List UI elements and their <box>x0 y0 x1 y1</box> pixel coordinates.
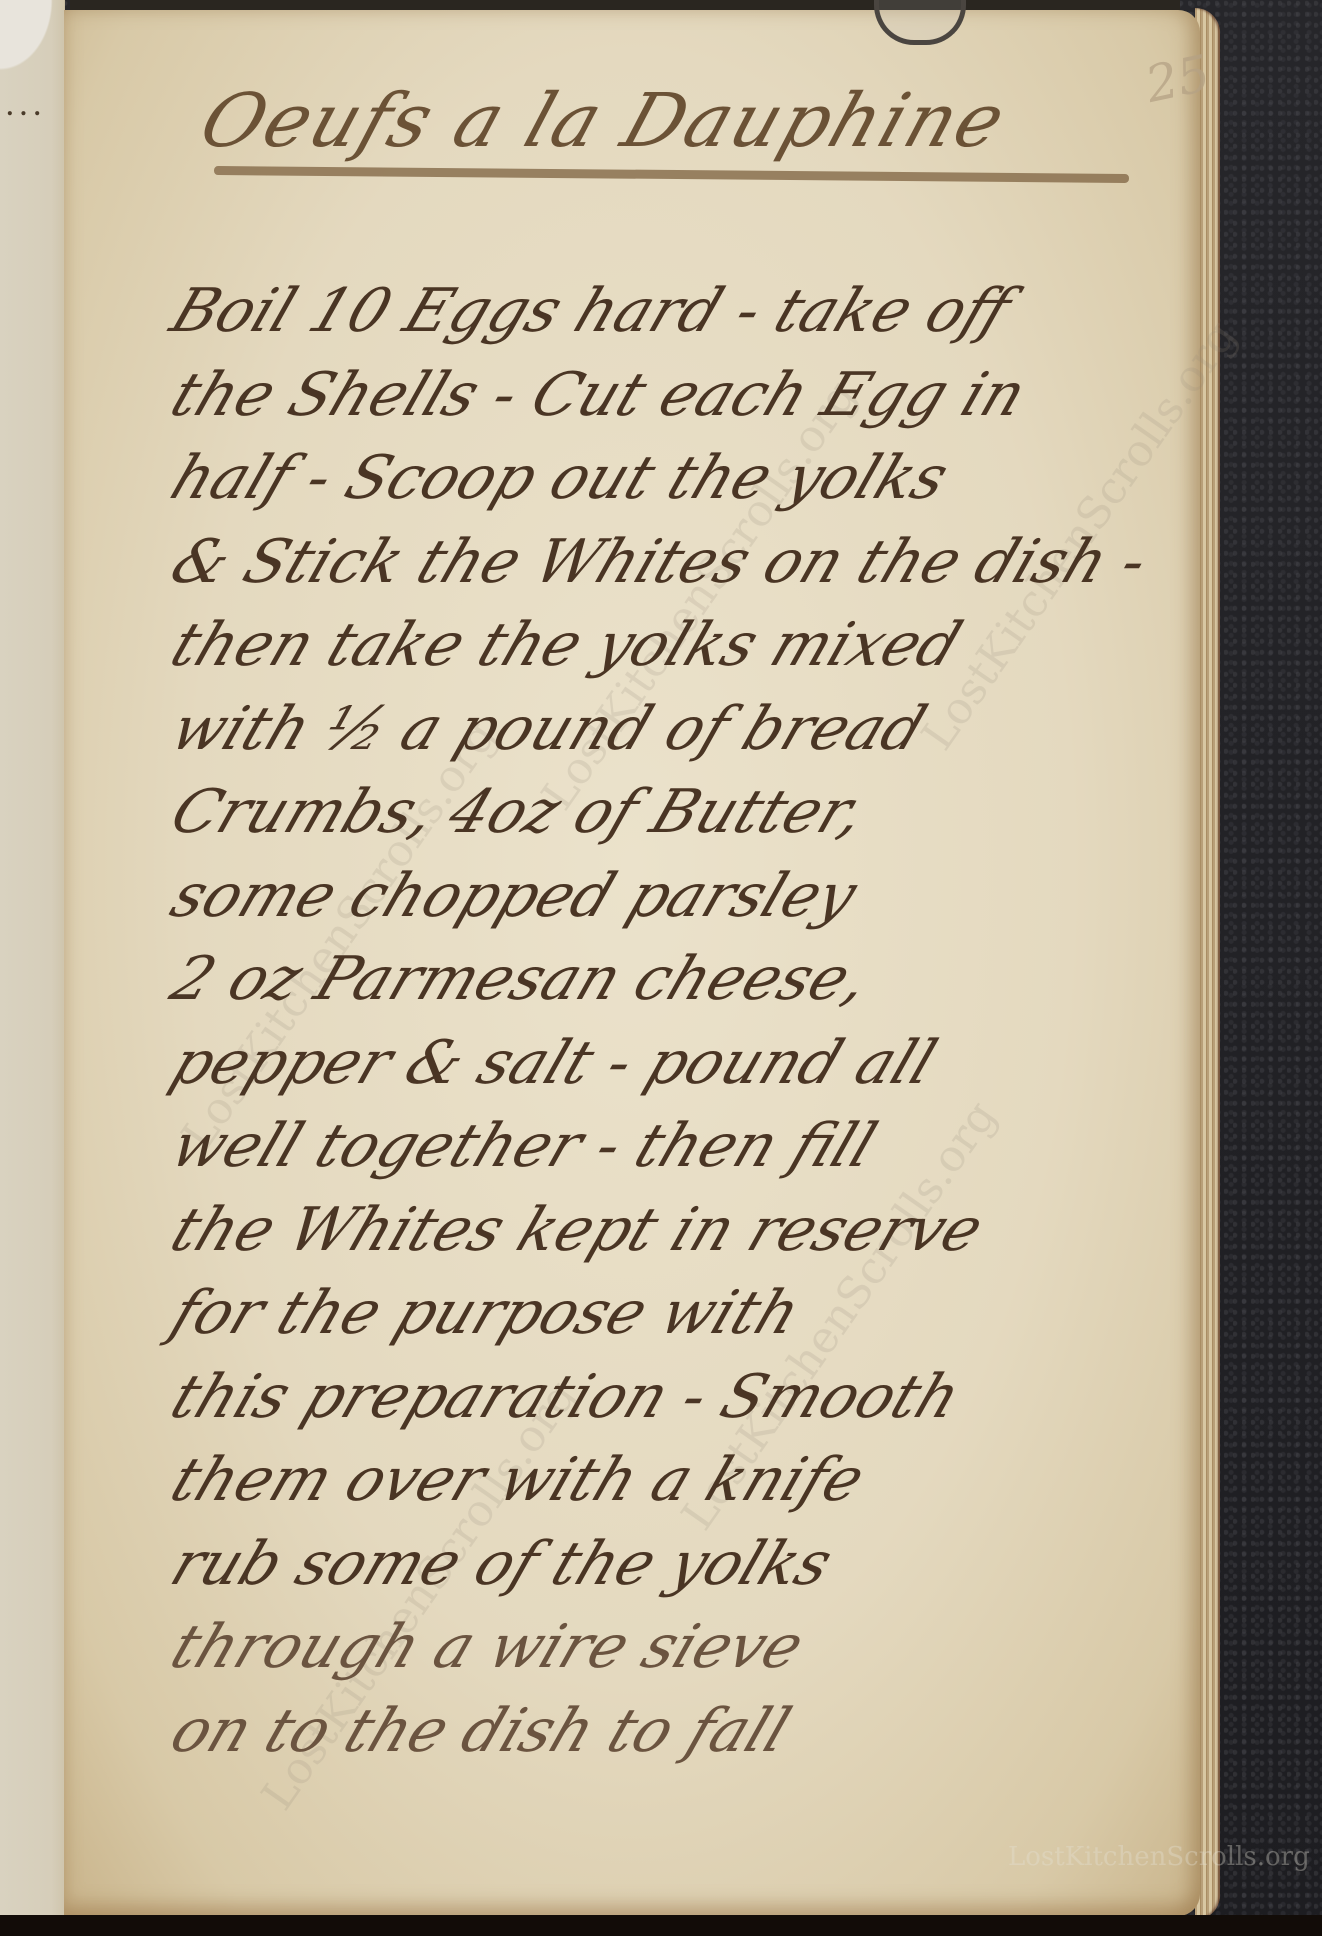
handwritten-line: 2 oz Parmesan cheese, <box>159 938 1269 1022</box>
manuscript-page: 25 Oeufs a la Dauphine LostKitchenScroll… <box>64 10 1200 1916</box>
handwritten-line: through a wire sieve <box>159 1606 1269 1690</box>
handwritten-line: some chopped parsley <box>159 855 1269 939</box>
handwritten-line: pepper & salt - pound all <box>159 1022 1269 1106</box>
handwritten-line: & Stick the Whites on the dish - <box>159 521 1269 605</box>
bottom-shadow <box>0 1915 1322 1936</box>
handwritten-line: the Whites kept in reserve <box>159 1189 1269 1273</box>
handwritten-line: Boil 10 Eggs hard - take off <box>159 270 1269 354</box>
handwritten-line: then take the yolks mixed <box>159 604 1269 688</box>
handwritten-line: well together - then fill <box>159 1105 1269 1189</box>
recipe-title: Oeufs a la Dauphine <box>190 78 1017 164</box>
binding-clip <box>874 0 966 45</box>
top-binding-strip <box>70 0 1180 10</box>
handwritten-line: for the purpose with <box>159 1272 1269 1356</box>
title-underline <box>214 166 1129 183</box>
handwritten-line: the Shells - Cut each Egg in <box>159 354 1269 438</box>
handwritten-line: with ½ a pound of bread <box>159 688 1269 772</box>
handwritten-line: on to the dish to fall <box>159 1690 1269 1774</box>
left-facing-page: ... <box>0 0 65 1930</box>
handwritten-line: them over with a knife <box>159 1439 1269 1523</box>
handwritten-line: Crumbs, 4oz of Butter, <box>159 771 1269 855</box>
recipe-body: Boil 10 Eggs hard - take off the Shells … <box>159 270 1239 1773</box>
left-page-marks: ... <box>6 95 47 121</box>
handwritten-line: rub some of the yolks <box>159 1523 1269 1607</box>
handwritten-line: this preparation - Smooth <box>159 1356 1269 1440</box>
corner-watermark: LostKitchenScrolls.org <box>1008 1842 1310 1872</box>
page-curl <box>0 0 60 80</box>
handwritten-line: half - Scoop out the yolks <box>159 437 1269 521</box>
